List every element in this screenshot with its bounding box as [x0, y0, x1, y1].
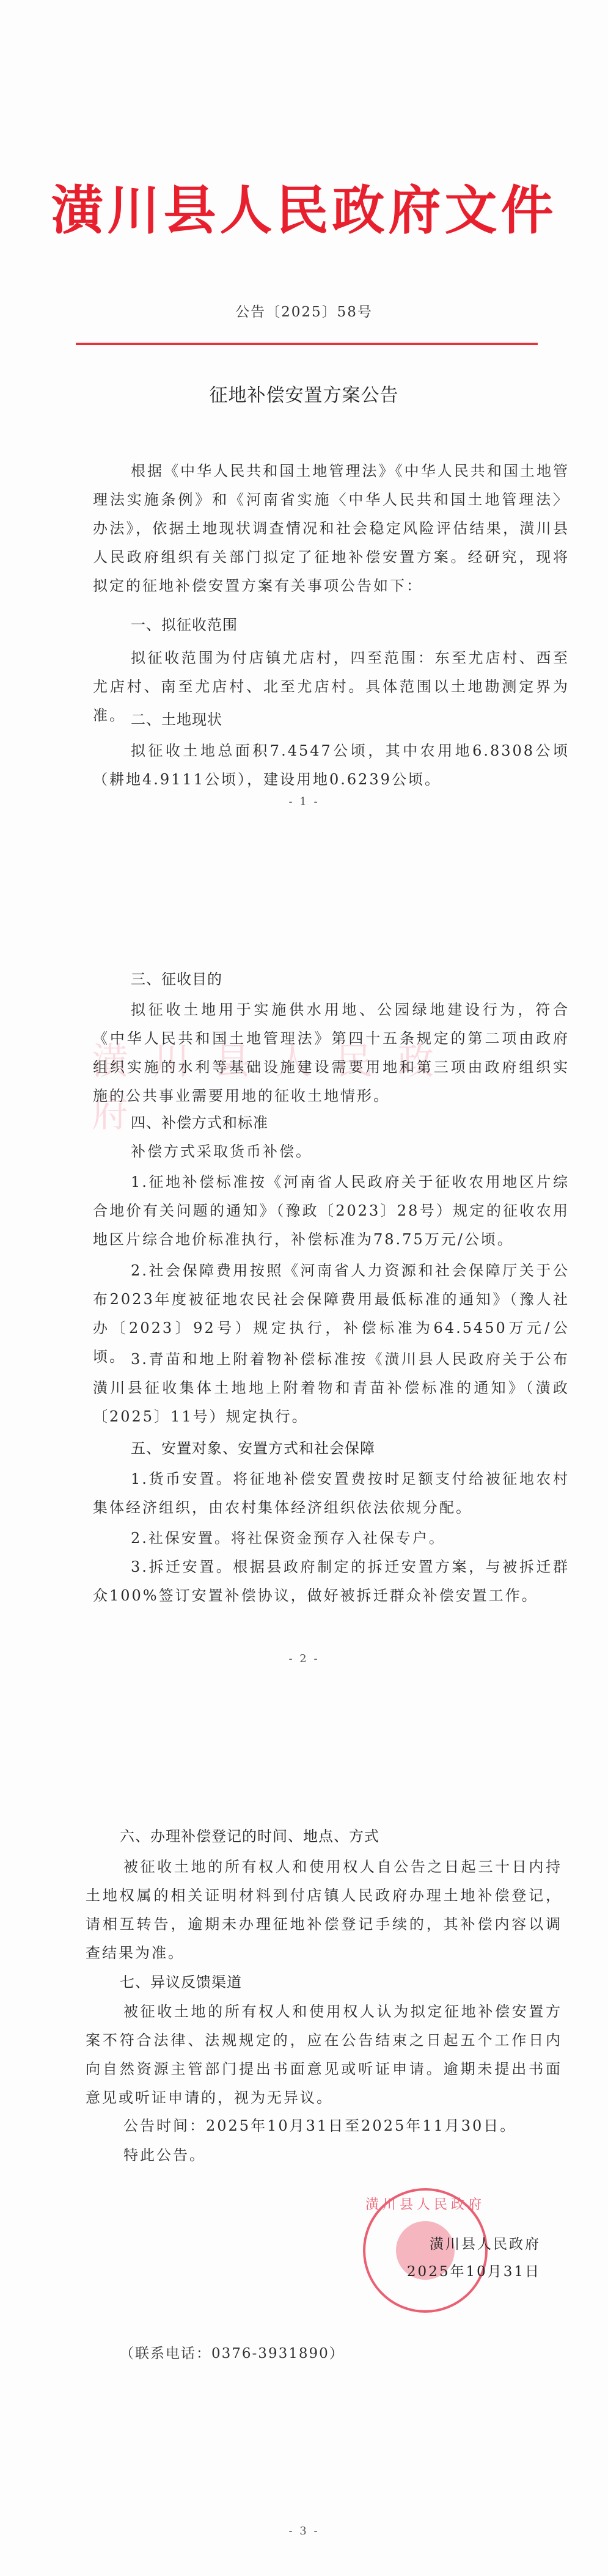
page-3: 六、办理补偿登记的时间、地点、方式 被征收土地的所有权人和使用权人自公告之日起三… [0, 1704, 608, 2576]
contact-phone: （联系电话：0376-3931890） [120, 2342, 345, 2362]
section-4-paragraph-3: 3.青苗和地上附着物补偿标准按《潢川县人民政府关于公布潢川县征收集体土地地上附着… [93, 1345, 570, 1431]
announcement-period: 公告时间：2025年10月31日至2025年11月30日。 [86, 2112, 562, 2140]
issuer-header: 潢川县人民政府文件 [0, 177, 608, 244]
section-5-paragraph-0: 1.货币安置。将征地补偿安置费按时足额支付给被征地农村集体经济组织，由农村集体经… [93, 1465, 570, 1522]
signature-date: 2025年10月31日 [339, 2258, 541, 2286]
page-1: 潢川县人民政府文件 公告〔2025〕58号 征地补偿安置方案公告 根据《中华人民… [0, 0, 608, 849]
section-7-paragraph-0: 被征收土地的所有权人和使用权人认为拟定征地补偿安置方案不符合法律、法规规定的，应… [86, 1998, 562, 2112]
section-6-paragraph: 被征收土地的所有权人和使用权人自公告之日起三十日内持土地权属的相关证明材料到付店… [86, 1853, 562, 1968]
section-heading-5: 五、安置对象、安置方式和社会保障 [131, 1434, 375, 1463]
red-divider [76, 343, 538, 345]
page-number-2: - 2 - [0, 1652, 608, 1665]
section-heading-6: 六、办理补偿登记的时间、地点、方式 [120, 1822, 379, 1851]
page-number-3: - 3 - [0, 2525, 608, 2538]
section-heading-4: 四、补偿方式和标准 [131, 1109, 268, 1137]
intro-paragraph: 根据《中华人民共和国土地管理法》《中华人民共和国土地管理法实施条例》和《河南省实… [93, 457, 570, 600]
closing-statement: 特此公告。 [86, 2141, 562, 2170]
document-title: 征地补偿安置方案公告 [0, 380, 608, 407]
seal-text: 潢川县人民政府 [365, 2194, 485, 2213]
section-4-paragraph-1: 1.征地补偿标准按《河南省人民政府关于征收农用地区片综合地价有关问题的通知》（豫… [93, 1168, 570, 1254]
page-2: 潢川县人民政府 三、征收目的 拟征收土地用于实施供水用地、公园绿地建设行为，符合… [0, 849, 608, 1704]
section-heading-3: 三、征收目的 [131, 965, 222, 994]
document-number: 公告〔2025〕58号 [0, 301, 608, 321]
section-heading-7: 七、异议反馈渠道 [120, 1968, 242, 1997]
signature-issuer: 潢川县人民政府 [339, 2231, 541, 2258]
section-4-paragraph-0: 补偿方式采取货币补偿。 [93, 1137, 570, 1166]
section-2-paragraph: 拟征收土地总面积7.4547公顷，其中农用地6.8308公顷（耕地4.9111公… [93, 737, 570, 794]
section-heading-1: 一、拟征收范围 [131, 611, 238, 640]
section-heading-2: 二、土地现状 [131, 706, 222, 734]
section-5-paragraph-1: 2.社保安置。将社保资金预存入社保专户。 [93, 1524, 570, 1553]
page-number-1: - 1 - [0, 795, 608, 808]
section-5-paragraph-2: 3.拆迁安置。根据县政府制定的拆迁安置方案，与被拆迁群众100%签订安置补偿协议… [93, 1553, 570, 1610]
section-3-paragraph: 拟征收土地用于实施供水用地、公园绿地建设行为，符合《中华人民共和国土地管理法》第… [93, 996, 570, 1111]
